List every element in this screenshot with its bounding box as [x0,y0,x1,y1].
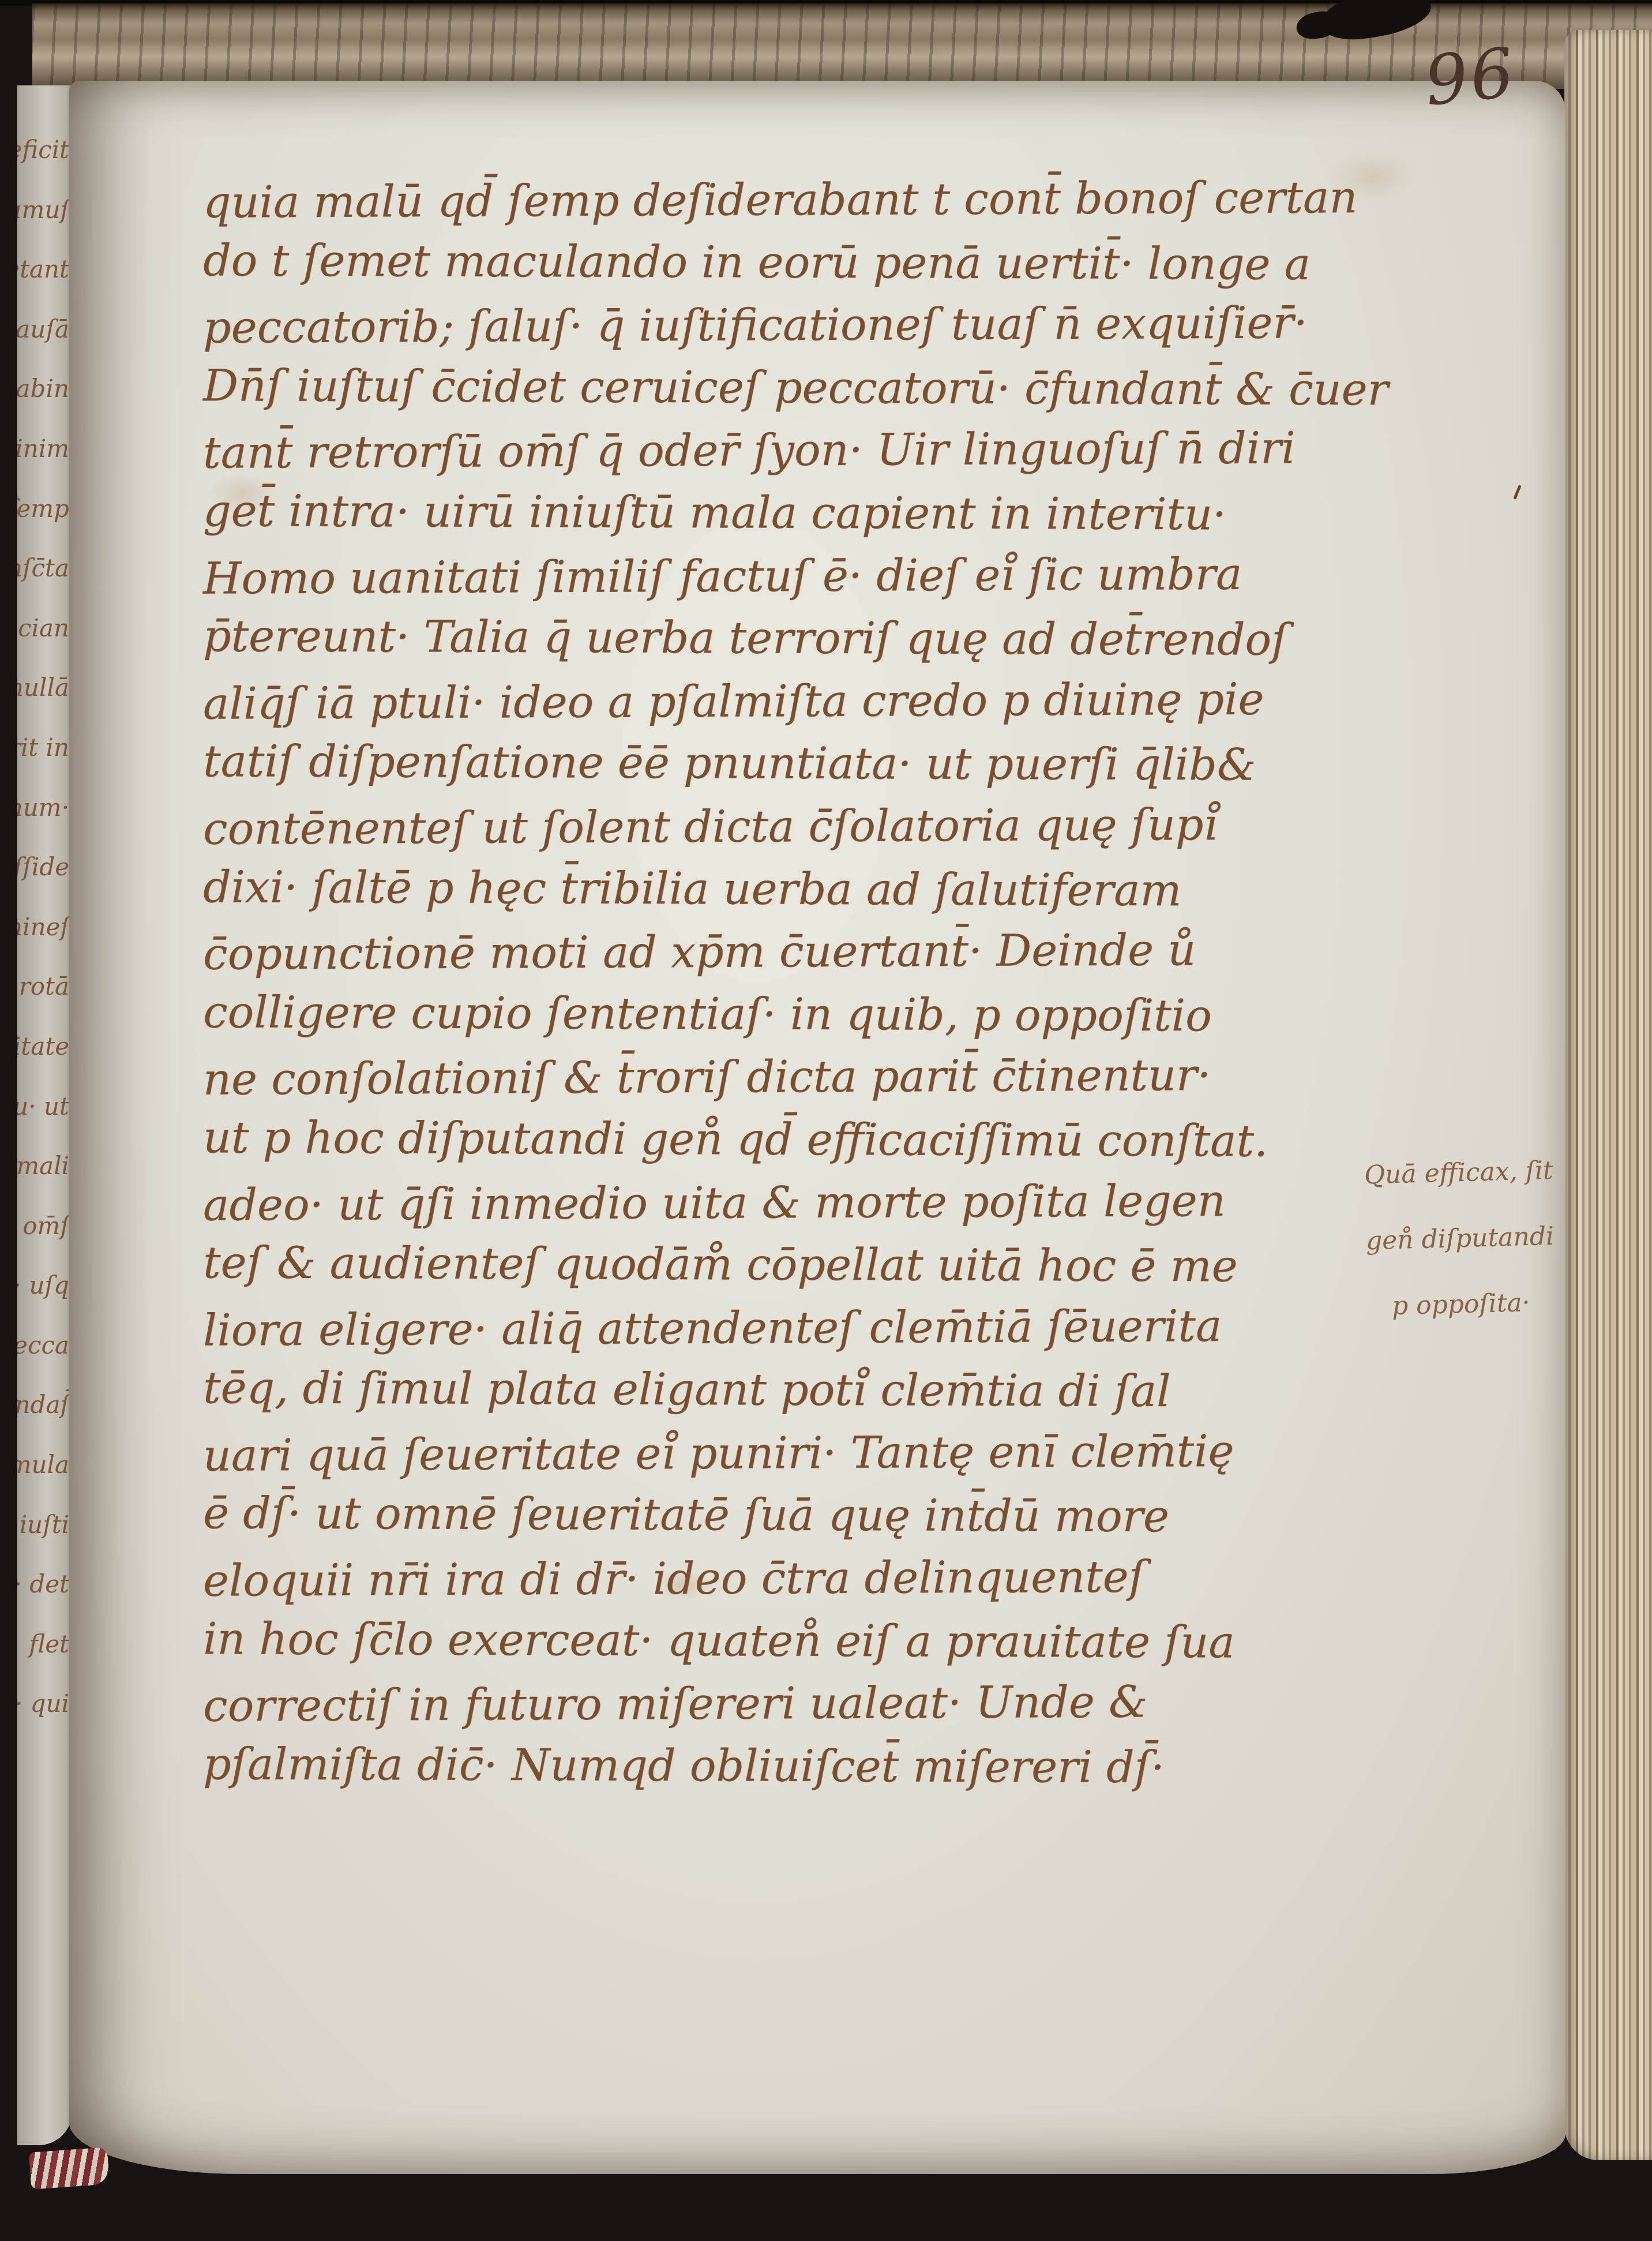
text-line: p̄tereunt· Talia q̄ uerba terroriſ quę a… [203,605,1449,672]
gutter-text-fragment: undaſ̄ [17,1375,69,1435]
gutter-text-fragment: ſimula [17,1435,69,1495]
text-line: tēq, di ſimul plata eligant potı̊ clem̄t… [203,1357,1449,1424]
gutter-text-fragment: et̄· det [17,1554,69,1614]
gutter-text-fragment: e abin [17,359,69,419]
gutter-text-fragment: ſ inim [17,419,69,479]
book-fore-edge [1564,30,1652,2160]
text-line: colligere cupio ſententiaſ· in quib, p o… [203,981,1449,1048]
text-line: contēnenteſ ut ſolent dicta c̄ſolatoria … [203,792,1449,860]
text-line: adeo· ut q̄ſi inmedio uita & morte poſit… [203,1168,1449,1236]
gutter-text-fragment: ntu· ut [17,1077,69,1137]
manuscript-photo: { "folio_number": "96", "main_text_lines… [0,0,1652,2241]
text-line: peccatorib; ſaluſ· q̄ iuſtificationeſ tu… [203,291,1449,359]
gutter-text-fragment: rit in [17,718,69,778]
text-block: quia malū qd̄ ſemp deſiderabant t cont̄ … [203,168,1449,1797]
text-line: Dn̄ſ iuſtuſ c̄cidet ceruiceſ peccatorū· … [203,354,1449,421]
gutter-text-fragment: eficit [17,120,69,180]
text-line: do t ſemet maculando in eorū penā uertit… [203,229,1449,296]
gutter-text-fragment: fumuſ [17,180,69,240]
gutter-text-fragment: t̄ om̄ſ [17,1196,69,1256]
gutter-text-fragment: ad mali [17,1136,69,1196]
gutter-text-fragment: petant [17,239,69,299]
gutter-page-edge: eficitfumuſpetantcauſāe abinſ inimt ſemp… [17,85,73,2145]
headband-ribbon [29,2147,110,2189]
gutter-text-fragment: ē· uſq [17,1256,69,1316]
text-line: c̄opunctionē moti ad xp̄m c̄uertant̄· De… [203,917,1449,985]
text-line: aliq̄ſ iā ptuli· ideo a pſalmiſta credo … [203,667,1449,735]
margin-note-line: Quā efficax, ſit [1364,1137,1608,1209]
gutter-text-fragment: nullā [17,658,69,718]
gutter-text-fragment: cauſā [17,299,69,359]
gutter-text-fragment: t ſemp [17,479,69,539]
gutter-text-fragment: it rotā [17,957,69,1017]
text-line: pſalmiſta dic̄· Numqd obliuiſcet̄ miſere… [203,1733,1449,1800]
text-line: ē dſ̄· ut omnē ſeueritatē ſuā quę int̄dū… [203,1482,1449,1549]
text-line: liora eligere· aliq̄ attendenteſ clem̄ti… [203,1294,1449,1362]
margin-note: Quā efficax, ſitgen̊ diſputandip oppoſit… [1364,1137,1611,1340]
gutter-text-column: eficitfumuſpetantcauſāe abinſ inimt ſemp… [17,120,69,1734]
text-line: uari quā ſeueritate ei̊ puniri· Tantę en… [203,1419,1449,1487]
text-line: tant̄ retrorſū om̄ſ q̄ oder̄ ſyon· Uir l… [203,417,1449,485]
text-line: Homo uanitati ſimiliſ factuſ ē· dieſ ei̊… [203,542,1449,610]
gutter-text-fragment: pecca [17,1316,69,1376]
folio-number: 96 [1421,32,1520,121]
text-line: dixi· ſaltē p hęc t̄ribilia uerba ad ſal… [203,856,1449,923]
text-line: quia malū qd̄ ſemp deſiderabant t cont̄ … [203,166,1449,234]
text-line: in hoc ſc̄lo exerceat· quaten̊ eiſ a pra… [203,1607,1449,1674]
margin-note-line: gen̊ diſputandi [1365,1202,1609,1275]
text-line: ut p hoc diſputandi gen̊ qd̄ efficaciſſi… [203,1106,1449,1173]
text-line: correctiſ in futuro miſereri ualeat· Und… [203,1670,1449,1738]
gutter-text-fragment: flet [17,1614,69,1674]
text-line: teſ & audienteſ quodām̊ cōpellat uitā ho… [203,1231,1449,1298]
gutter-text-fragment: poſſide [17,837,69,897]
text-line: tatiſ diſpenſatione ēē pnuntiata· ut pue… [203,730,1449,797]
gutter-text-fragment: rnum· [17,778,69,838]
text-line: ne conſolationiſ & t̄roriſ dicta parit̄ … [203,1043,1449,1111]
gutter-text-fragment: & inſc̄ta [17,538,69,598]
text-line: eloquii nr̄i ira di dr̄· ideo c̄tra deli… [203,1544,1449,1612]
gutter-text-fragment: omineſ [17,897,69,957]
gutter-text-fragment: uncian [17,598,69,658]
gutter-text-fragment: iuſti [17,1495,69,1555]
gutter-text-fragment: it· qui [17,1674,69,1734]
gutter-text-fragment: litate [17,1017,69,1077]
text-line: get̄ intra· uirū iniuſtū mala capient in… [203,479,1449,546]
margin-note-line: p oppoſita· [1367,1268,1611,1340]
